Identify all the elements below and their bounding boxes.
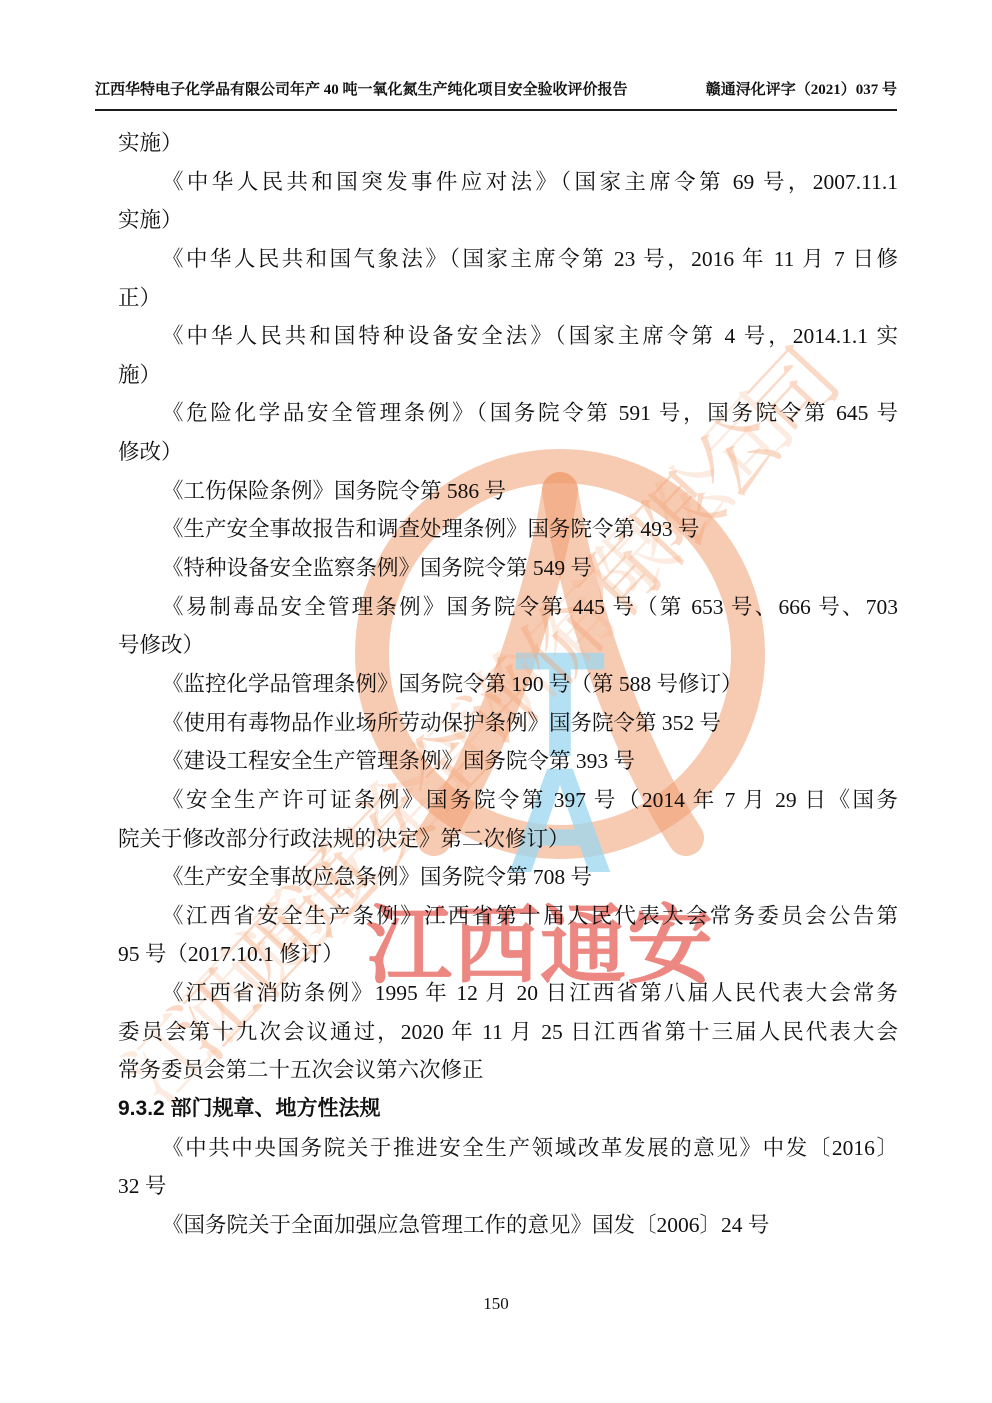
body-line: 《生产安全事故报告和调查处理条例》国务院令第 493 号 (118, 510, 898, 549)
body-line: 《特种设备安全监察条例》国务院令第 549 号 (118, 549, 898, 588)
body-line: 95 号（2017.10.1 修订） (118, 935, 898, 974)
document-page: T A 江西通安全评价有限公司 江西通安全评价有限公司 江西通安 江西华特电子化… (0, 0, 992, 1403)
body-line: 《建设工程安全生产管理条例》国务院令第 393 号 (118, 742, 898, 781)
header-doc-number: 赣通浔化评字（2021）037 号 (706, 80, 897, 100)
body-line: 常务委员会第二十五次会议第六次修正 (118, 1051, 898, 1090)
body-line: 院关于修改部分行政法规的决定》第二次修订） (118, 820, 898, 859)
body-line: 《中华人民共和国特种设备安全法》（国家主席令第 4 号，2014.1.1 实 (118, 317, 898, 356)
body-line: 《安全生产许可证条例》国务院令第 397 号（2014 年 7 月 29 日《国… (118, 781, 898, 820)
body-text: 实施）《中华人民共和国突发事件应对法》（国家主席令第 69 号，2007.11.… (118, 124, 898, 1245)
page-header: 江西华特电子化学品有限公司年产 40 吨一氧化氮生产纯化项目安全验收评价报告 赣… (95, 80, 897, 111)
body-line: 实施） (118, 201, 898, 240)
body-line: 号修改） (118, 626, 898, 665)
body-line: 9.3.2 部门规章、地方性法规 (118, 1090, 898, 1129)
body-line: 《危险化学品安全管理条例》（国务院令第 591 号，国务院令第 645 号 (118, 394, 898, 433)
body-line: 实施） (118, 124, 898, 163)
body-line: 《使用有毒物品作业场所劳动保护条例》国务院令第 352 号 (118, 704, 898, 743)
body-line: 《中华人民共和国突发事件应对法》（国家主席令第 69 号，2007.11.1 (118, 163, 898, 202)
body-line: 《生产安全事故应急条例》国务院令第 708 号 (118, 858, 898, 897)
body-line: 《中共中央国务院关于推进安全生产领域改革发展的意见》中发〔2016〕 (118, 1129, 898, 1168)
body-line: 修改） (118, 433, 898, 472)
body-line: 《中华人民共和国气象法》（国家主席令第 23 号，2016 年 11 月 7 日… (118, 240, 898, 279)
header-report-title: 江西华特电子化学品有限公司年产 40 吨一氧化氮生产纯化项目安全验收评价报告 (95, 80, 628, 100)
body-line: 《江西省消防条例》1995 年 12 月 20 日江西省第八届人民代表大会常务 (118, 974, 898, 1013)
body-line: 《国务院关于全面加强应急管理工作的意见》国发〔2006〕24 号 (118, 1206, 898, 1245)
body-line: 《工伤保险条例》国务院令第 586 号 (118, 472, 898, 511)
body-line: 《易制毒品安全管理条例》国务院令第 445 号（第 653 号、666 号、70… (118, 588, 898, 627)
body-line: 施） (118, 356, 898, 395)
body-line: 委员会第十九次会议通过，2020 年 11 月 25 日江西省第十三届人民代表大… (118, 1013, 898, 1052)
body-line: 《监控化学品管理条例》国务院令第 190 号（第 588 号修订） (118, 665, 898, 704)
page-number: 150 (0, 1292, 992, 1316)
body-line: 32 号 (118, 1167, 898, 1206)
body-line: 正） (118, 279, 898, 318)
body-line: 《江西省安全生产条例》江西省第十届人民代表大会常务委员会公告第 (118, 897, 898, 936)
